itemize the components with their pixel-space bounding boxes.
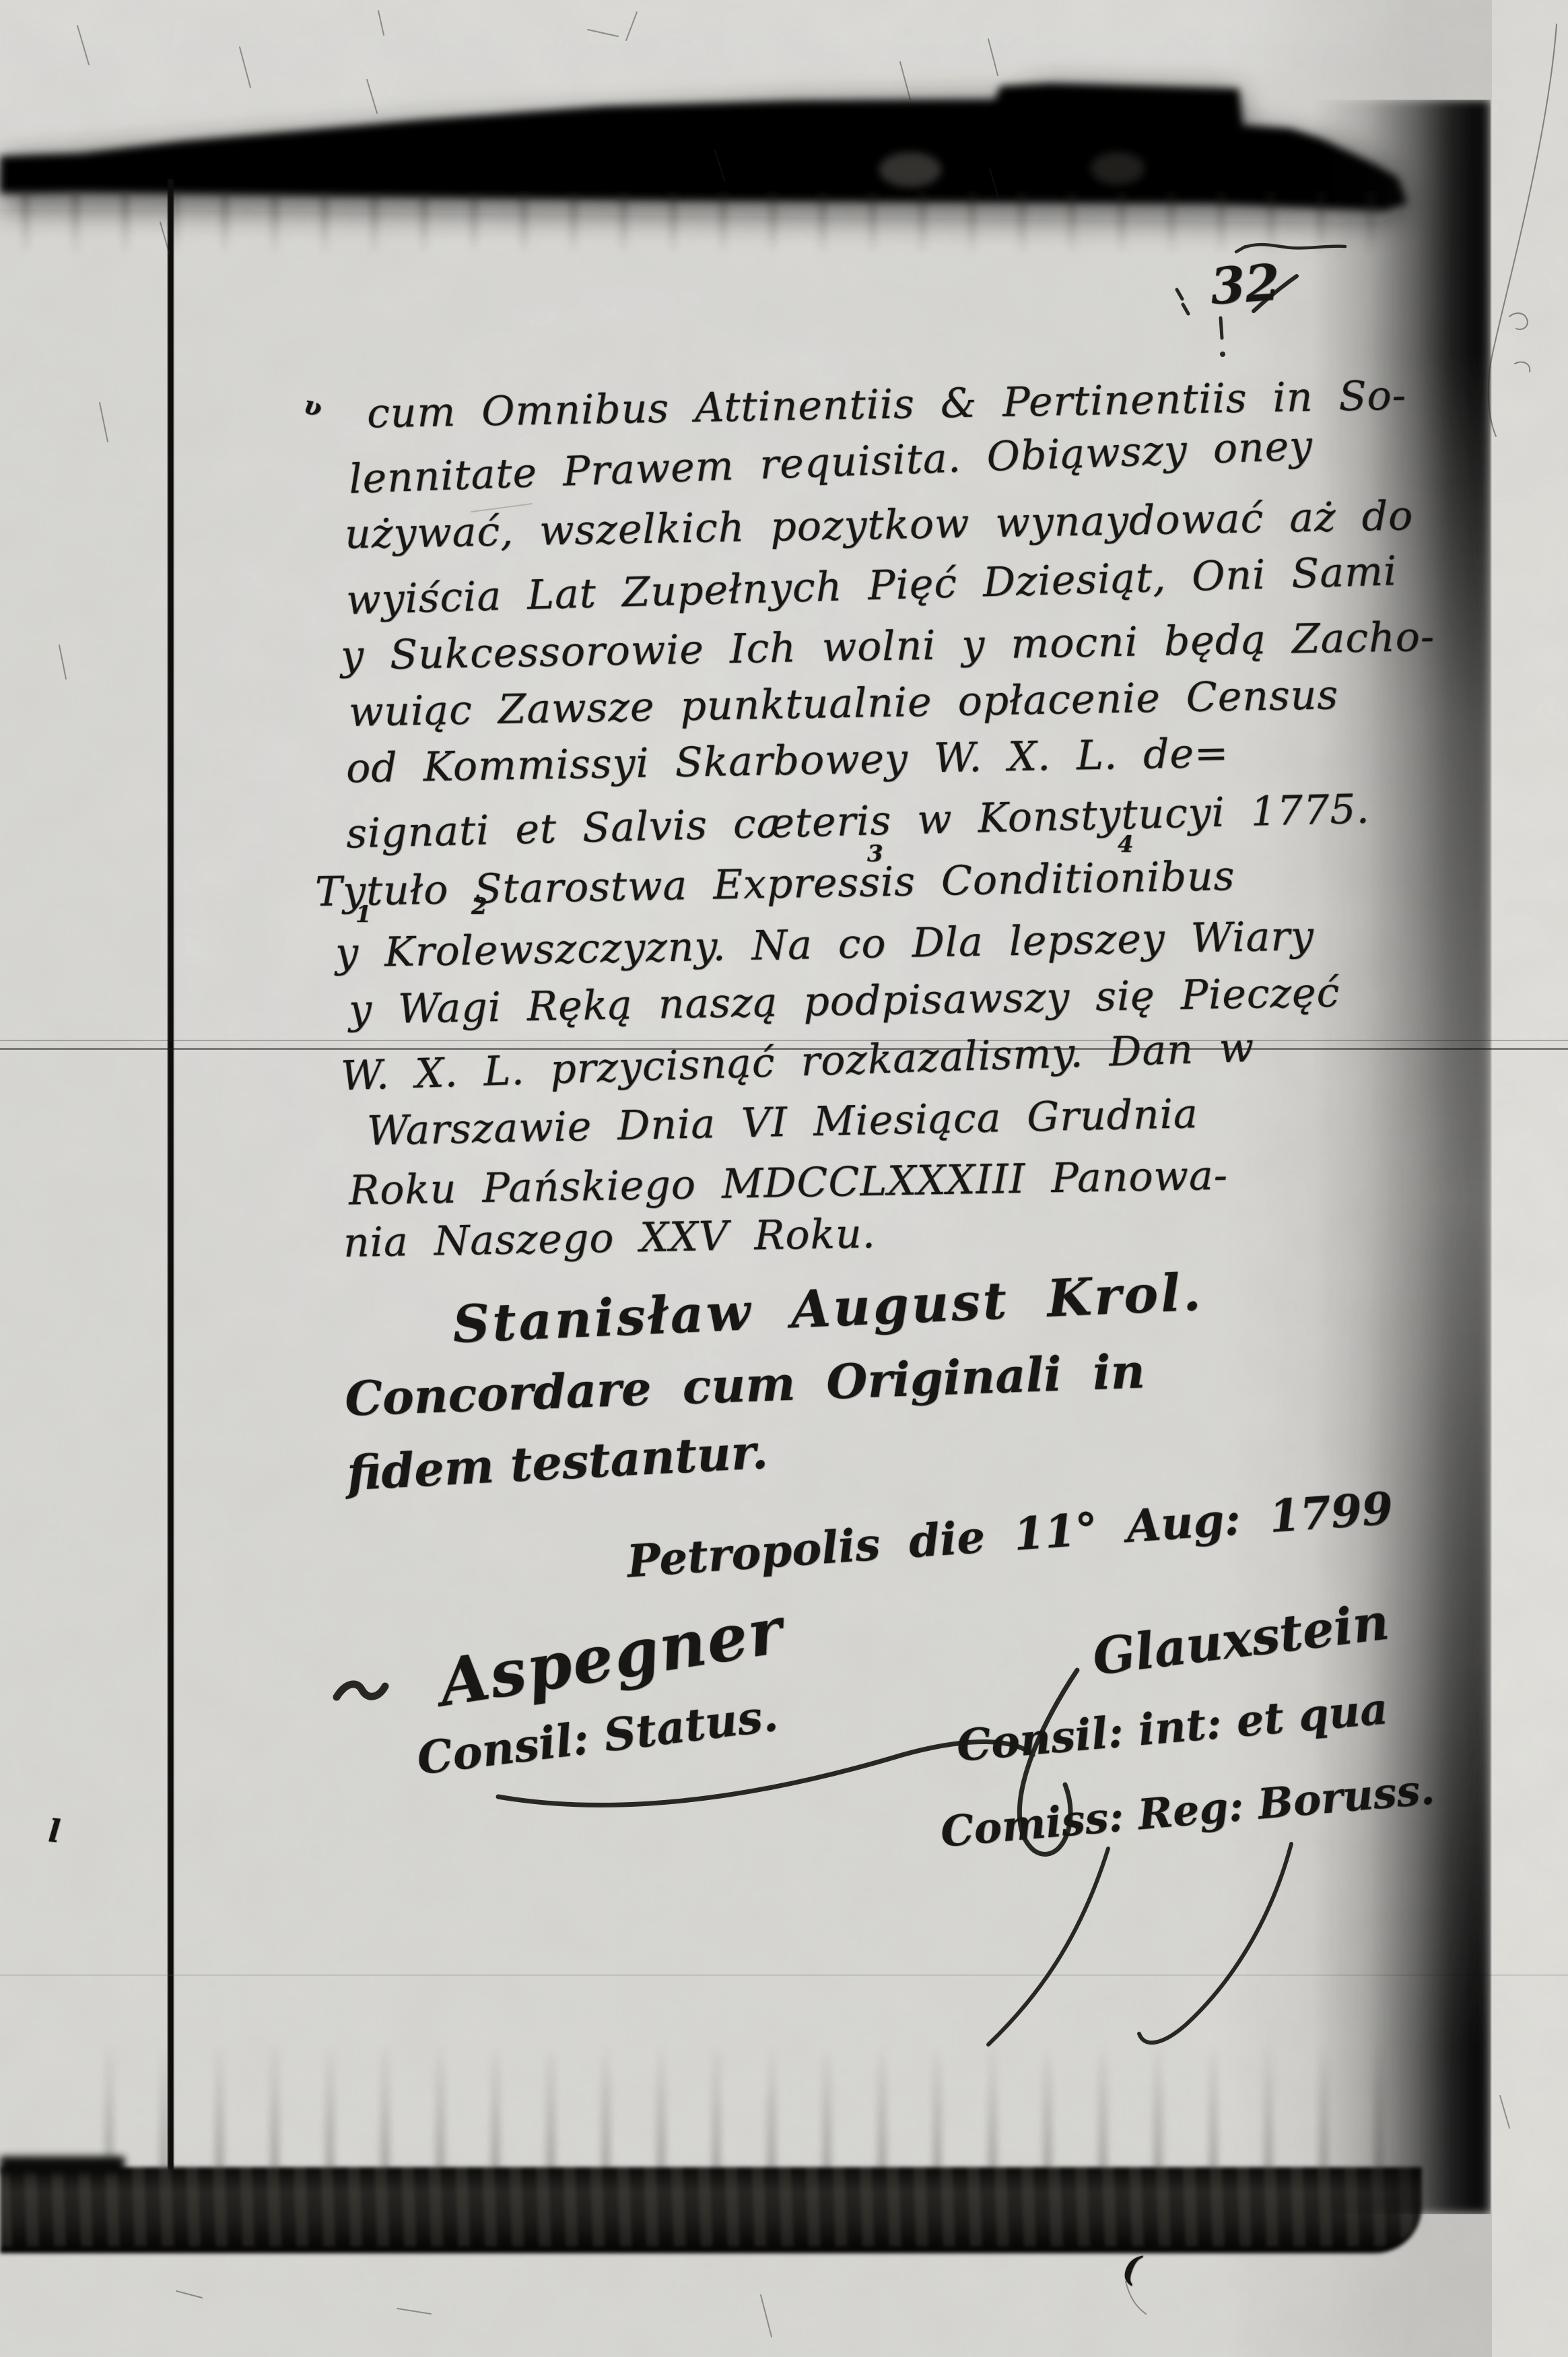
- bottom-edge-streaks: [81, 2042, 1400, 2171]
- margin-rule-line: [168, 179, 174, 2175]
- folio-number: 32: [1208, 254, 1282, 317]
- superscript-mark: 4: [1118, 831, 1134, 858]
- manuscript-line-15: nia Naszego XXV Roku.: [343, 1210, 876, 1267]
- right-edge-shadow: [1313, 100, 1491, 2214]
- manuscript-scan-page: 32 cum Omnibus Attinentiis & Pertinentii…: [0, 0, 1568, 2357]
- bottom-edge-shadow: [0, 2167, 1422, 2253]
- top-edge-streaks: [0, 191, 1400, 256]
- superscript-mark: 2: [471, 893, 487, 920]
- superscript-mark: 1: [355, 901, 372, 928]
- superscript-mark: 3: [867, 840, 883, 867]
